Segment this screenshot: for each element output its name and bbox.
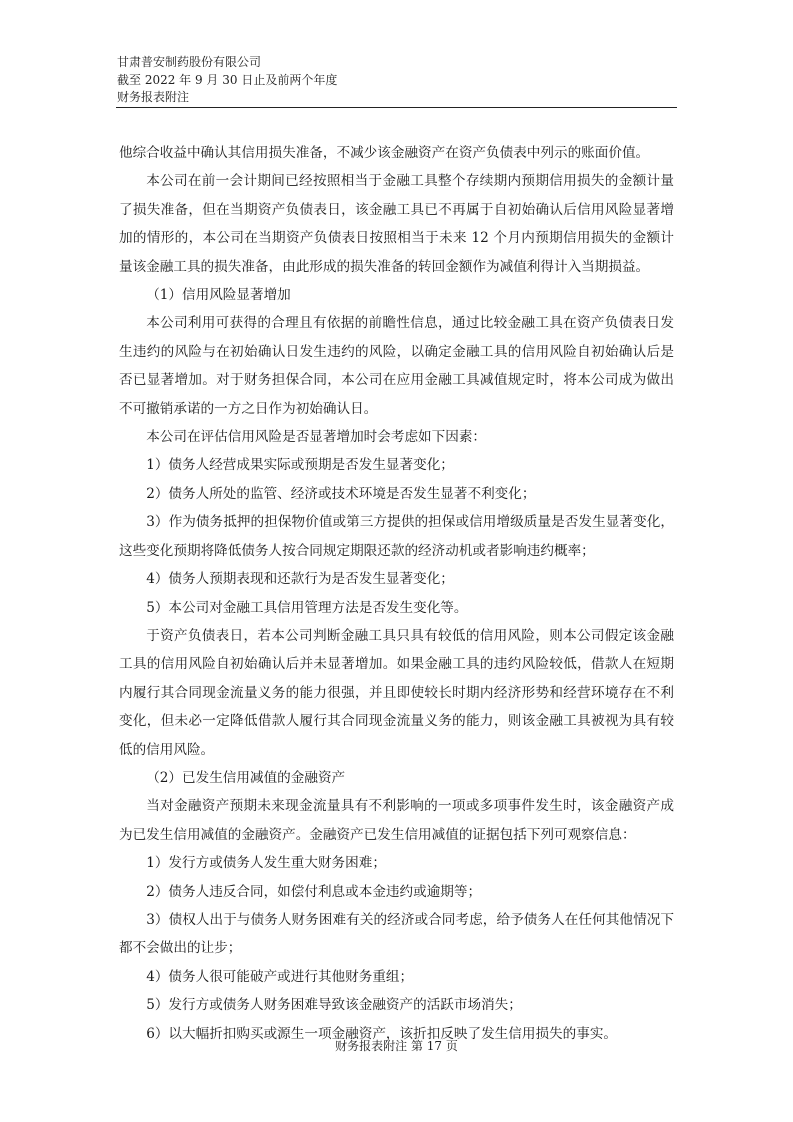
page-footer: 财务报表附注 第 17 页 [0,1037,793,1054]
list-item-factor-4: 4）债务人预期表现和还款行为是否发生显著变化； [119,565,674,593]
page-header: 甘肃普安制药股份有限公司 截至 2022 年 9 月 30 日止及前两个年度 财… [117,54,677,107]
paragraph-continuation: 他综合收益中确认其信用损失准备，不减少该金融资产在资产负债表中列示的账面价值。 [119,139,674,167]
list-item-factor-3: 3）作为债务抵押的担保物价值或第三方提供的担保或信用增级质量是否发生显著变化，这… [119,508,674,565]
list-item-evidence-1: 1）发行方或债务人发生重大财务困难； [119,849,674,877]
paragraph-forward-looking-info: 本公司利用可获得的合理且有依据的前瞻性信息，通过比较金融工具在资产负债表日发生违… [119,309,674,423]
header-divider [116,107,677,108]
list-item-factor-5: 5）本公司对金融工具信用管理方法是否发生变化等。 [119,594,674,622]
company-name: 甘肃普安制药股份有限公司 [117,54,677,72]
paragraph-loss-reversal: 本公司在前一会计期间已经按照相当于金融工具整个存续期内预期信用损失的金额计量了损… [119,167,674,281]
section-heading-credit-risk-increase: （1）信用风险显著增加 [119,281,674,309]
document-title: 财务报表附注 [117,89,677,107]
list-item-evidence-3: 3）债权人出于与债务人财务困难有关的经济或合同考虑，给予债务人在任何其他情况下都… [119,906,674,963]
paragraph-impairment-evidence: 当对金融资产预期未来现金流量具有不利影响的一项或多项事件发生时，该金融资产成为已… [119,792,674,849]
section-heading-credit-impaired: （2）已发生信用减值的金融资产 [119,764,674,792]
paragraph-factors-intro: 本公司在评估信用风险是否显著增加时会考虑如下因素： [119,423,674,451]
reporting-period: 截至 2022 年 9 月 30 日止及前两个年度 [117,72,677,90]
list-item-factor-1: 1）债务人经营成果实际或预期是否发生显著变化； [119,451,674,479]
list-item-evidence-5: 5）发行方或债务人财务困难导致该金融资产的活跃市场消失； [119,991,674,1019]
list-item-evidence-4: 4）债务人很可能破产或进行其他财务重组； [119,963,674,991]
paragraph-low-credit-risk: 于资产负债表日，若本公司判断金融工具只具有较低的信用风险，则本公司假定该金融工具… [119,622,674,764]
document-body: 他综合收益中确认其信用损失准备，不减少该金融资产在资产负债表中列示的账面价值。 … [119,139,674,1048]
list-item-evidence-2: 2）债务人违反合同，如偿付利息或本金违约或逾期等； [119,878,674,906]
list-item-factor-2: 2）债务人所处的监管、经济或技术环境是否发生显著不利变化； [119,480,674,508]
